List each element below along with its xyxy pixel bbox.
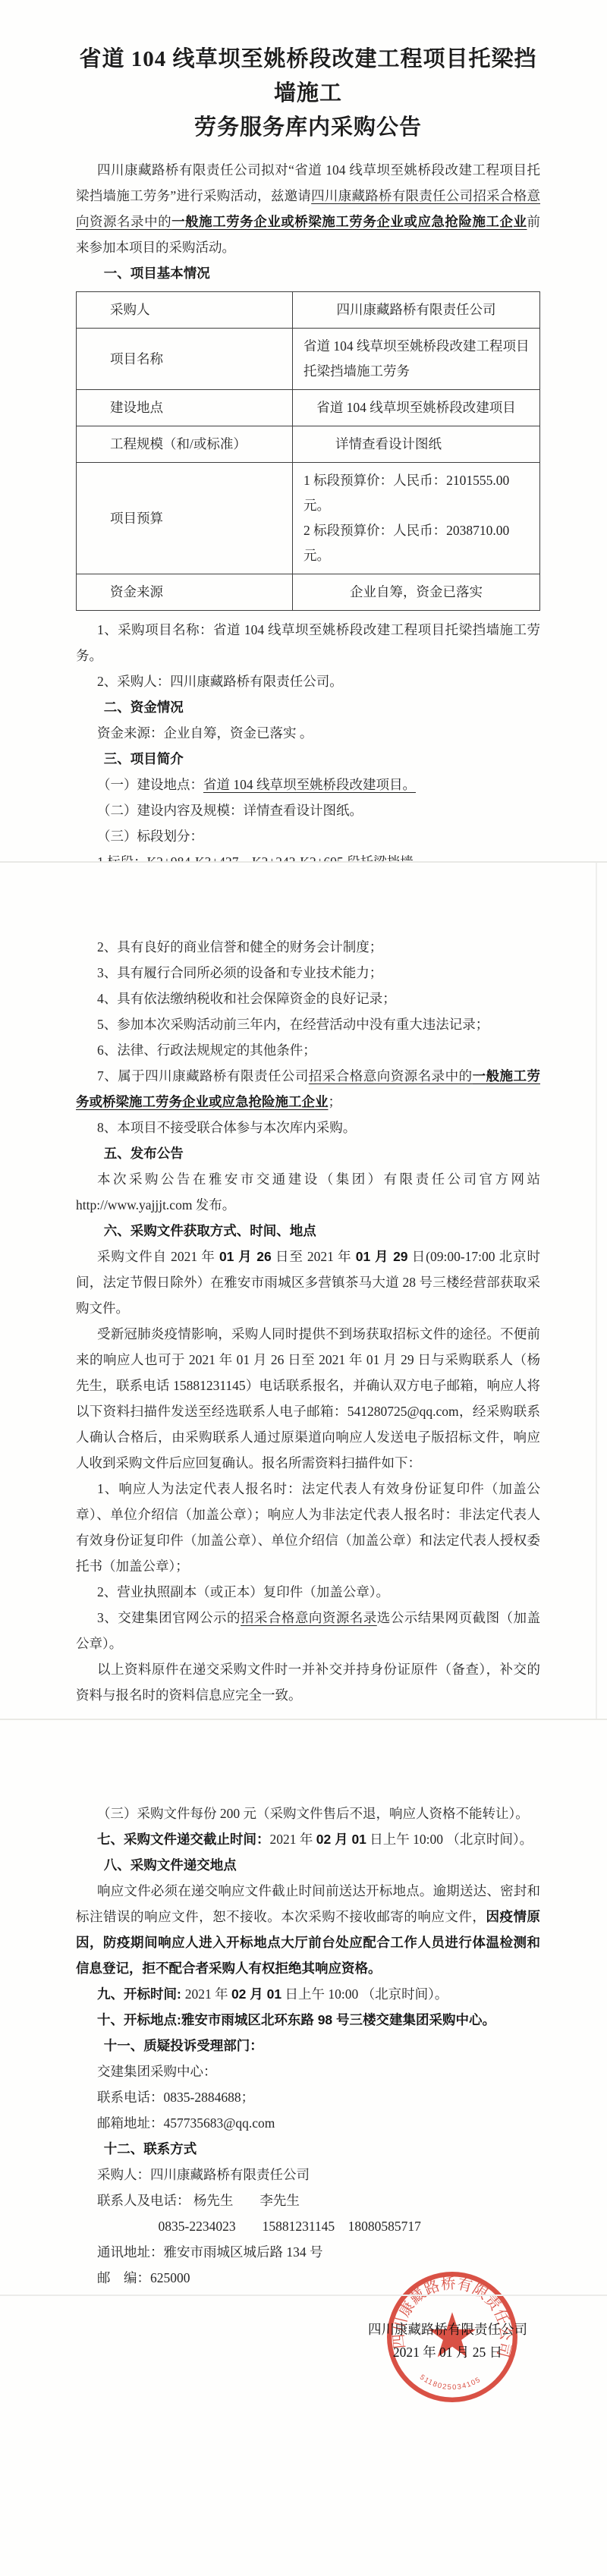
- text-run: 2021 年: [270, 1832, 316, 1847]
- paragraph: 7、属于四川康藏路桥有限责任公司招采合格意向资源名录中的一般施工劳务或桥梁施工劳…: [76, 1063, 540, 1115]
- project-info-table: 采购人四川康藏路桥有限责任公司项目名称省道 104 线草坝至姚桥段改建工程项目托…: [76, 291, 540, 611]
- text-run: ；: [329, 1094, 342, 1109]
- paragraph: 5、参加本次采购活动前三年内，在经营活动中没有重大违法记录；: [76, 1011, 540, 1037]
- text-run: 日上午 10:00 （北京时间）。: [281, 1986, 448, 2002]
- text-run: 1 标段：K2+984-K3+427、K2+242-K2+695 段托梁挡墙: [97, 854, 414, 861]
- table-label-cell: 工程规模（和/或标准）: [77, 426, 293, 463]
- paragraph: 2、具有良好的商业信誉和健全的财务会计制度；: [76, 934, 540, 960]
- text-run: 02 月 01: [231, 1986, 281, 2002]
- text-run: 01 月 29: [356, 1249, 408, 1264]
- text-run: （一）建设地点：: [97, 777, 203, 792]
- paragraph: （三）采购文件每份 200 元（采购文件售后不退，响应人资格不能转让）。: [76, 1801, 540, 1826]
- text-run: 邮箱地址：457735683@qq.com: [97, 2115, 275, 2131]
- paragraph: 1、采购项目名称：省道 104 线草坝至姚桥段改建工程项目托梁挡墙施工劳务。: [76, 617, 540, 668]
- text-run: 4、具有依法缴纳税收和社会保障资金的良好记录；: [97, 991, 396, 1006]
- text-run: 通讯地址：雅安市雨城区城后路 134 号: [97, 2244, 323, 2260]
- text-run: 日至 2021 年: [272, 1249, 356, 1264]
- text-run: 受新冠肺炎疫情影响，采购人同时提供不到场获取招标文件的途径。不便前来的响应人也可…: [76, 1326, 540, 1470]
- table-row: 工程规模（和/或标准）详情查看设计图纸: [77, 426, 540, 463]
- paragraph: （二）建设内容及规模：详情查看设计图纸。: [76, 797, 540, 823]
- title-line-2: 劳务服务库内采购公告: [76, 111, 540, 145]
- table-row: 项目名称省道 104 线草坝至姚桥段改建工程项目托梁挡墙施工劳务: [77, 329, 540, 390]
- section-heading: 五、发布公告: [76, 1140, 540, 1166]
- text-run: 八、采购文件递交地点: [104, 1857, 237, 1873]
- paragraph: 8、本项目不接受联合体参与本次库内采购。: [76, 1115, 540, 1140]
- text-run: 2021 年: [185, 1986, 231, 2002]
- document: 省道 104 线草坝至姚桥段改建工程项目托梁挡墙施工 劳务服务库内采购公告 四川…: [0, 0, 607, 2576]
- signature-block: 四川康藏路桥有限责任公司 2021 年 01 月 25 日: [348, 2318, 548, 2364]
- text-run: 采购人：四川康藏路桥有限责任公司: [97, 2167, 310, 2182]
- table-value-cell: 省道 104 线草坝至姚桥段改建工程项目托梁挡墙施工劳务: [293, 329, 540, 390]
- paragraph: 本次采购公告在雅安市交通建设（集团）有限责任公司官方网站 http://www.…: [76, 1166, 540, 1218]
- paragraph: 响应文件必须在递交响应文件截止时间前送达开标地点。逾期送达、密封和标注错误的响应…: [76, 1878, 540, 1981]
- table-value-line: 2 标段预算价：人民币：2038710.00 元。: [303, 518, 530, 568]
- paragraph: 以上资料原件在递交采购文件时一并补交并持身份证原件（备查），补交的资料与报名时的…: [76, 1656, 540, 1708]
- section-heading: 八、采购文件递交地点: [76, 1852, 540, 1878]
- table-value-line: 1 标段预算价：人民币：2101555.00 元。: [303, 468, 530, 518]
- text-run: 3、具有履行合同所必须的设备和专业技术能力；: [97, 965, 382, 980]
- table-row: 建设地点省道 104 线草坝至姚桥段改建项目: [77, 390, 540, 426]
- text-run: （二）建设内容及规模：详情查看设计图纸。: [97, 803, 363, 818]
- paragraph: 交建集团采购中心：: [76, 2059, 540, 2084]
- text-run: 二、资金情况: [104, 700, 184, 715]
- seal-number-arc-text: 5118025034105: [418, 2373, 483, 2392]
- paragraph: 1 标段：K2+984-K3+427、K2+242-K2+695 段托梁挡墙: [76, 849, 540, 861]
- text-run: 日上午 10:00 （北京时间）。: [366, 1832, 533, 1847]
- paragraph: 0835-2234023 15881231145 18080585717: [76, 2213, 540, 2239]
- text-run: 七、采购文件递交截止时间：: [97, 1832, 270, 1847]
- table-value-line: 省道 104 线草坝至姚桥段改建工程项目托梁挡墙施工劳务: [303, 334, 530, 384]
- title-line-1: 省道 104 线草坝至姚桥段改建工程项目托梁挡墙施工: [76, 42, 540, 111]
- text-run: 一般施工劳务企业或桥梁施工劳务企业或应急抢险施工企业: [171, 214, 527, 229]
- text-run: 2、具有良好的商业信誉和健全的财务会计制度；: [97, 939, 382, 955]
- text-run: 联系人及电话： 杨先生 李先生: [97, 2193, 300, 2208]
- text-run: 省道 104 线草坝至姚桥段改建项目。: [203, 777, 416, 792]
- document-page-1: 省道 104 线草坝至姚桥段改建工程项目托梁挡墙施工 劳务服务库内采购公告 四川…: [0, 0, 607, 861]
- paragraph: 四川康藏路桥有限责任公司拟对“省道 104 线草坝至姚桥段改建工程项目托梁挡墙施…: [76, 157, 540, 260]
- page-2-content: 2、具有良好的商业信誉和健全的财务会计制度；3、具有履行合同所必须的设备和专业技…: [76, 934, 540, 1708]
- text-run: 十二、联系方式: [104, 2141, 197, 2156]
- paragraph: 采购人：四川康藏路桥有限责任公司: [76, 2162, 540, 2188]
- text-run: 02 月 01: [316, 1832, 366, 1847]
- paragraph: 1、响应人为法定代表人报名时：法定代表人有效身份证复印件（加盖公章）、单位介绍信…: [76, 1476, 540, 1579]
- table-label-cell: 项目名称: [77, 329, 293, 390]
- paragraph: 十、开标地点:雅安市雨城区北环东路 98 号三楼交建集团采购中心。: [76, 2007, 540, 2033]
- table-value-cell: 详情查看设计图纸: [293, 426, 540, 463]
- text-run: 0835-2234023 15881231145 18080585717: [159, 2219, 421, 2234]
- paragraph: 邮箱地址：457735683@qq.com: [76, 2110, 540, 2136]
- text-run: 五、发布公告: [104, 1146, 184, 1161]
- text-run: 联系电话：0835-2884688；: [97, 2090, 254, 2105]
- document-title: 省道 104 线草坝至姚桥段改建工程项目托梁挡墙施工 劳务服务库内采购公告: [76, 42, 540, 145]
- text-run: 九、开标时间:: [97, 1986, 185, 2002]
- section-heading: 六、采购文件获取方式、时间、地点: [76, 1218, 540, 1244]
- text-run: 交建集团采购中心：: [97, 2064, 217, 2079]
- section-heading: 十一、质疑投诉受理部门：: [76, 2033, 540, 2059]
- scan-edge-artifact: [596, 863, 597, 1719]
- text-run: 7、属于四川康藏路桥有限责任公司: [97, 1068, 309, 1084]
- text-run: 邮 编：625000: [97, 2270, 190, 2285]
- text-run: 十一、质疑投诉受理部门：: [104, 2038, 263, 2053]
- document-page-3: （三）采购文件每份 200 元（采购文件售后不退，响应人资格不能转让）。七、采购…: [0, 1719, 607, 2576]
- paragraph: 3、具有履行合同所必须的设备和专业技术能力；: [76, 960, 540, 986]
- paragraph: 受新冠肺炎疫情影响，采购人同时提供不到场获取招标文件的途径。不便前来的响应人也可…: [76, 1321, 540, 1476]
- document-page-2: 2、具有良好的商业信誉和健全的财务会计制度；3、具有履行合同所必须的设备和专业技…: [0, 861, 607, 1719]
- text-run: 以上资料原件在递交采购文件时一并补交并持身份证原件（备查），补交的资料与报名时的…: [76, 1662, 540, 1703]
- signature-company: 四川康藏路桥有限责任公司: [348, 2318, 548, 2341]
- text-run: 十、开标地点:雅安市雨城区北环东路 98 号三楼交建集团采购中心。: [97, 2012, 495, 2027]
- section-heading: 十二、联系方式: [76, 2136, 540, 2162]
- paragraph: 联系人及电话： 杨先生 李先生: [76, 2188, 540, 2213]
- text-run: 采购文件自 2021 年: [97, 1249, 219, 1264]
- table-value-cell: 省道 104 线草坝至姚桥段改建项目: [293, 390, 540, 426]
- text-run: 3、交建集团官网公示的: [97, 1610, 241, 1625]
- table-row: 项目预算1 标段预算价：人民币：2101555.00 元。2 标段预算价：人民币…: [77, 463, 540, 574]
- paragraph: 2、营业执照副本（或正本）复印件（加盖公章）。: [76, 1579, 540, 1605]
- signature-date: 2021 年 01 月 25 日: [348, 2341, 548, 2364]
- page-3-content: （三）采购文件每份 200 元（采购文件售后不退，响应人资格不能转让）。七、采购…: [76, 1801, 540, 2291]
- text-run: 01 月 26: [219, 1249, 272, 1264]
- paragraph: 七、采购文件递交截止时间：2021 年 02 月 01 日上午 10:00 （北…: [76, 1826, 540, 1852]
- table-label-cell: 项目预算: [77, 463, 293, 574]
- paragraph: 3、交建集团官网公示的招采合格意向资源名录选公示结果网页截图（加盖公章）。: [76, 1605, 540, 1656]
- text-run: 响应文件必须在递交响应文件截止时间前送达开标地点。逾期送达、密封和标注错误的响应…: [76, 1883, 540, 1924]
- table-value-line: 详情查看设计图纸: [335, 432, 530, 457]
- table-label-cell: 采购人: [77, 292, 293, 329]
- page-1-content: 四川康藏路桥有限责任公司拟对“省道 104 线草坝至姚桥段改建工程项目托梁挡墙施…: [76, 157, 540, 861]
- paragraph: 资金来源：企业自筹，资金已落实 。: [76, 720, 540, 746]
- table-value-line: 省道 104 线草坝至姚桥段改建项目: [302, 395, 530, 420]
- table-value-cell: 1 标段预算价：人民币：2101555.00 元。2 标段预算价：人民币：203…: [293, 463, 540, 574]
- text-run: 六、采购文件获取方式、时间、地点: [104, 1223, 316, 1238]
- section-heading: 二、资金情况: [76, 694, 540, 720]
- text-run: 招采合格意向资源名录: [241, 1610, 377, 1625]
- table-value-line: 四川康藏路桥有限责任公司: [302, 297, 530, 322]
- table-row: 资金来源企业自筹，资金已落实: [77, 574, 540, 611]
- text-run: 三、项目简介: [104, 751, 184, 766]
- paragraph: 采购文件自 2021 年 01 月 26 日至 2021 年 01 月 29 日…: [76, 1244, 540, 1321]
- table-value-cell: 企业自筹，资金已落实: [293, 574, 540, 611]
- paragraph: 九、开标时间: 2021 年 02 月 01 日上午 10:00 （北京时间）。: [76, 1981, 540, 2007]
- text-run: 5、参加本次采购活动前三年内，在经营活动中没有重大违法记录；: [97, 1017, 489, 1032]
- section-heading: 一、项目基本情况: [76, 260, 540, 286]
- text-run: 2、营业执照副本（或正本）复印件（加盖公章）。: [97, 1584, 389, 1599]
- scan-fold-artifact: [0, 2294, 607, 2296]
- table-value-line: 企业自筹，资金已落实: [302, 580, 530, 605]
- table-label-cell: 资金来源: [77, 574, 293, 611]
- paragraph: （一）建设地点：省道 104 线草坝至姚桥段改建项目。: [76, 772, 540, 797]
- text-run: 8、本项目不接受联合体参与本次库内采购。: [97, 1120, 356, 1135]
- svg-text:5118025034105: 5118025034105: [418, 2373, 483, 2392]
- table-value-cell: 四川康藏路桥有限责任公司: [293, 292, 540, 329]
- text-run: （三）标段划分：: [97, 829, 203, 844]
- text-run: 招采合格意向资源名录中的: [309, 1068, 473, 1084]
- text-run: 1、响应人为法定代表人报名时：法定代表人有效身份证复印件（加盖公章）、单位介绍信…: [76, 1481, 540, 1574]
- table-label-cell: 建设地点: [77, 390, 293, 426]
- text-run: 资金来源：企业自筹，资金已落实 。: [97, 725, 313, 741]
- paragraph: 6、法律、行政法规规定的其他条件；: [76, 1037, 540, 1063]
- text-run: （三）采购文件每份 200 元（采购文件售后不退，响应人资格不能转让）。: [97, 1806, 529, 1821]
- text-run: 2、采购人：四川康藏路桥有限责任公司。: [97, 674, 343, 689]
- table-row: 采购人四川康藏路桥有限责任公司: [77, 292, 540, 329]
- text-run: 本次采购公告在雅安市交通建设（集团）有限责任公司官方网站 http://www.…: [76, 1172, 540, 1213]
- paragraph: 通讯地址：雅安市雨城区城后路 134 号: [76, 2239, 540, 2265]
- paragraph: （三）标段划分：: [76, 823, 540, 849]
- section-heading: 三、项目简介: [76, 746, 540, 772]
- paragraph: 4、具有依法缴纳税收和社会保障资金的良好记录；: [76, 986, 540, 1011]
- text-run: 一、项目基本情况: [104, 266, 210, 281]
- text-run: 1、采购项目名称：省道 104 线草坝至姚桥段改建工程项目托梁挡墙施工劳务。: [76, 622, 540, 663]
- text-run: 6、法律、行政法规规定的其他条件；: [97, 1043, 316, 1058]
- paragraph: 联系电话：0835-2884688；: [76, 2084, 540, 2110]
- paragraph: 2、采购人：四川康藏路桥有限责任公司。: [76, 668, 540, 694]
